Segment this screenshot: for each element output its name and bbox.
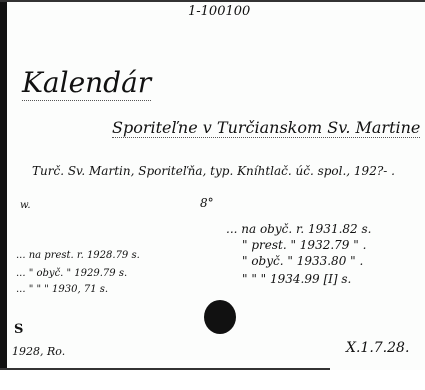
holding-entry: " obyč. " 1933.80 " . (242, 254, 363, 268)
format: 8° (200, 196, 214, 210)
holding-entry: " prest. " 1932.79 " . (242, 238, 366, 252)
punch-hole (204, 300, 236, 334)
holding-entry: ... " obyč. " 1929.79 s. (16, 268, 127, 279)
catalog-card: 1-100100 Kalendár Sporiteľne v Turčiansk… (0, 0, 425, 370)
card-subtitle: Sporiteľne v Turčianskom Sv. Martine (112, 118, 420, 138)
card-bottom-edge (0, 368, 330, 370)
call-number: 1-100100 (188, 4, 250, 19)
publication-description: Turč. Sv. Martin, Sporiteľňa, typ. Kníht… (32, 164, 395, 178)
card-title: Kalendár (22, 66, 151, 101)
signature-letter: S (14, 322, 23, 337)
card-top-edge (0, 0, 425, 2)
holding-entry: ... na prest. r. 1928.79 s. (16, 250, 140, 261)
date-note: X.1.7.28. (346, 340, 409, 356)
publication-description-cont: w. (20, 200, 31, 211)
card-left-edge (0, 0, 7, 370)
holding-entry: ... na obyč. r. 1931.82 s. (226, 222, 371, 236)
year-note: 1928, Ro. (12, 345, 65, 358)
holding-entry: ... " " " 1930, 71 s. (16, 284, 108, 295)
holding-entry: " " " 1934.99 [I] s. (242, 272, 351, 286)
